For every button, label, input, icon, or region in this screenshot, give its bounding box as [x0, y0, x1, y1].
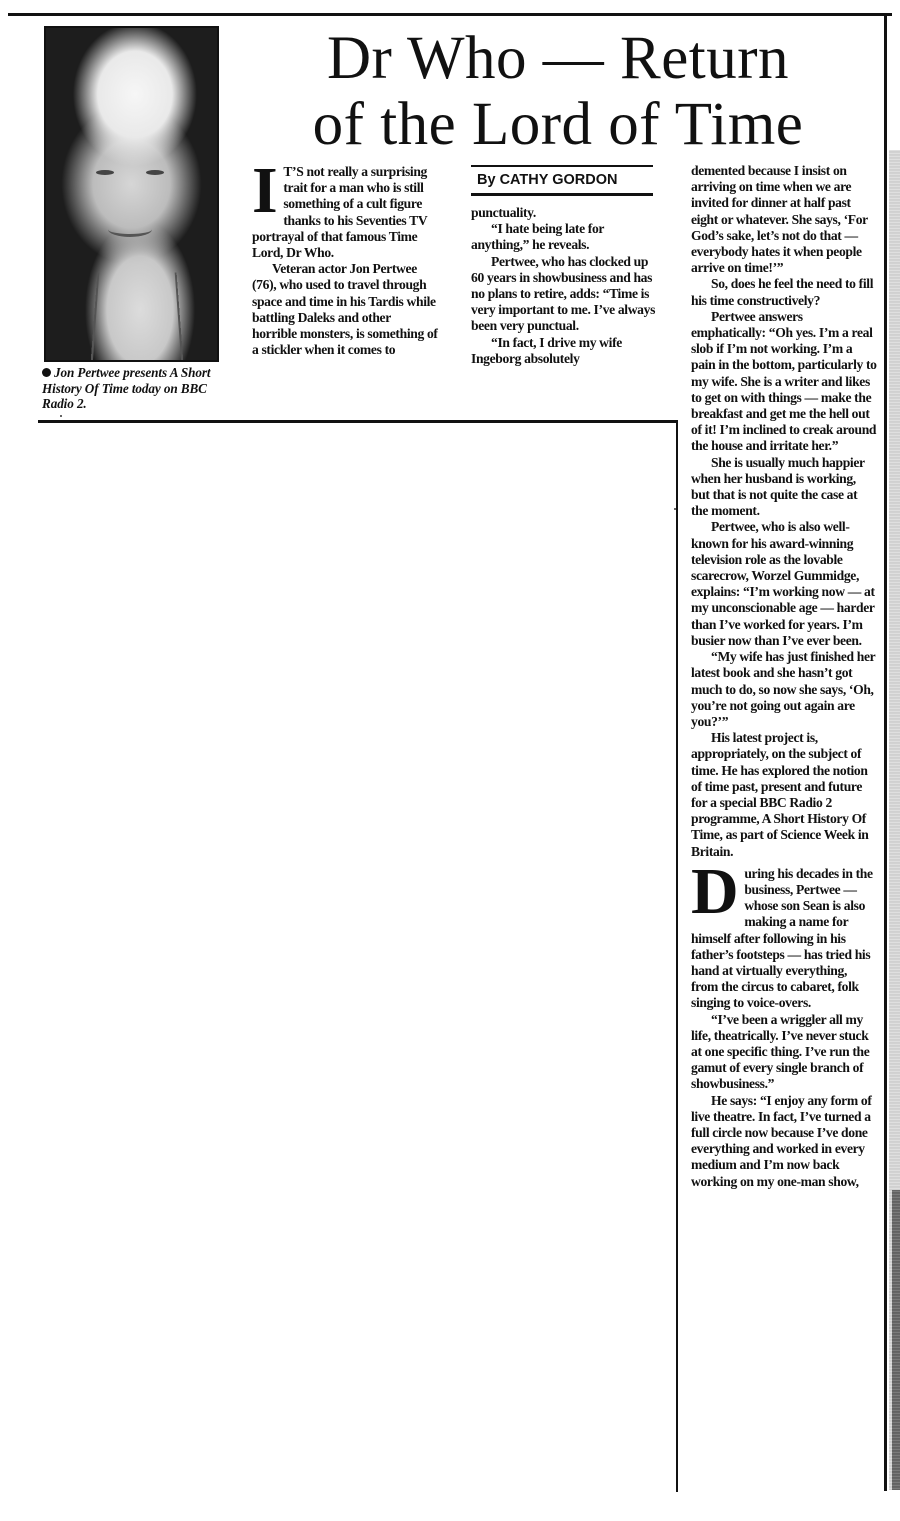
- paragraph: “I’ve been a wriggler all my life, theat…: [691, 1012, 877, 1093]
- top-rule: [8, 13, 892, 16]
- print-speck: [60, 415, 62, 417]
- paragraph: demented because I insist on arriving on…: [691, 163, 877, 276]
- headline-line-1: Dr Who — Return: [240, 26, 876, 92]
- drop-cap: D: [691, 867, 738, 917]
- paragraph: “In fact, I drive my wife Ingeborg absol…: [471, 335, 657, 367]
- caption-text: Jon Pertwee presents A Short History Of …: [42, 365, 210, 411]
- photo-caption: Jon Pertwee presents A Short History Of …: [42, 365, 228, 412]
- paragraph: “I hate being late for anything,” he rev…: [471, 221, 657, 253]
- article-bottom-rule: [38, 420, 676, 423]
- adjacent-page-edge-dark: [892, 1190, 900, 1490]
- portrait-photo: [44, 26, 219, 362]
- column-divider-rule: [676, 420, 678, 1492]
- paragraph: “My wife has just finished her latest bo…: [691, 649, 877, 730]
- article-column-1: IT’S not really a surprising trait for a…: [252, 164, 438, 358]
- dropcap-paragraph: During his decades in the business, Pert…: [691, 866, 877, 1012]
- photo-smile: [108, 222, 152, 237]
- paragraph: Pertwee, who has clocked up 60 years in …: [471, 254, 657, 335]
- headline: Dr Who — Return of the Lord of Time: [240, 26, 876, 158]
- paragraph: She is usually much happier when her hus…: [691, 455, 877, 520]
- paragraph: Pertwee, who is also well-known for his …: [691, 519, 877, 649]
- photo-eye-left: [96, 170, 114, 175]
- paragraph: So, does he feel the need to fill his ti…: [691, 276, 877, 308]
- photo-collar: [90, 273, 184, 362]
- bullet-icon: [42, 368, 51, 377]
- paragraph: His latest project is, appropriately, on…: [691, 730, 877, 860]
- paragraph: Pertwee answers emphatically: “Oh yes. I…: [691, 309, 877, 455]
- paragraph: punctuality.: [471, 205, 657, 221]
- article-column-3: demented because I insist on arriving on…: [691, 163, 877, 1190]
- photo-eye-right: [146, 170, 164, 175]
- drop-cap: I: [252, 166, 277, 216]
- print-speck: [674, 508, 676, 510]
- paragraph: He says: “I enjoy any form of live theat…: [691, 1093, 877, 1190]
- right-column-rule: [884, 13, 887, 1491]
- paragraph-text: T’S not really a surprising trait for a …: [252, 164, 427, 260]
- article-column-2: punctuality. “I hate being late for anyt…: [471, 205, 657, 367]
- paragraph: Veteran actor Jon Pertwee (76), who used…: [252, 261, 438, 358]
- byline: By CATHY GORDON: [471, 165, 653, 196]
- headline-line-2: of the Lord of Time: [240, 92, 876, 158]
- lead-paragraph: IT’S not really a surprising trait for a…: [252, 164, 438, 261]
